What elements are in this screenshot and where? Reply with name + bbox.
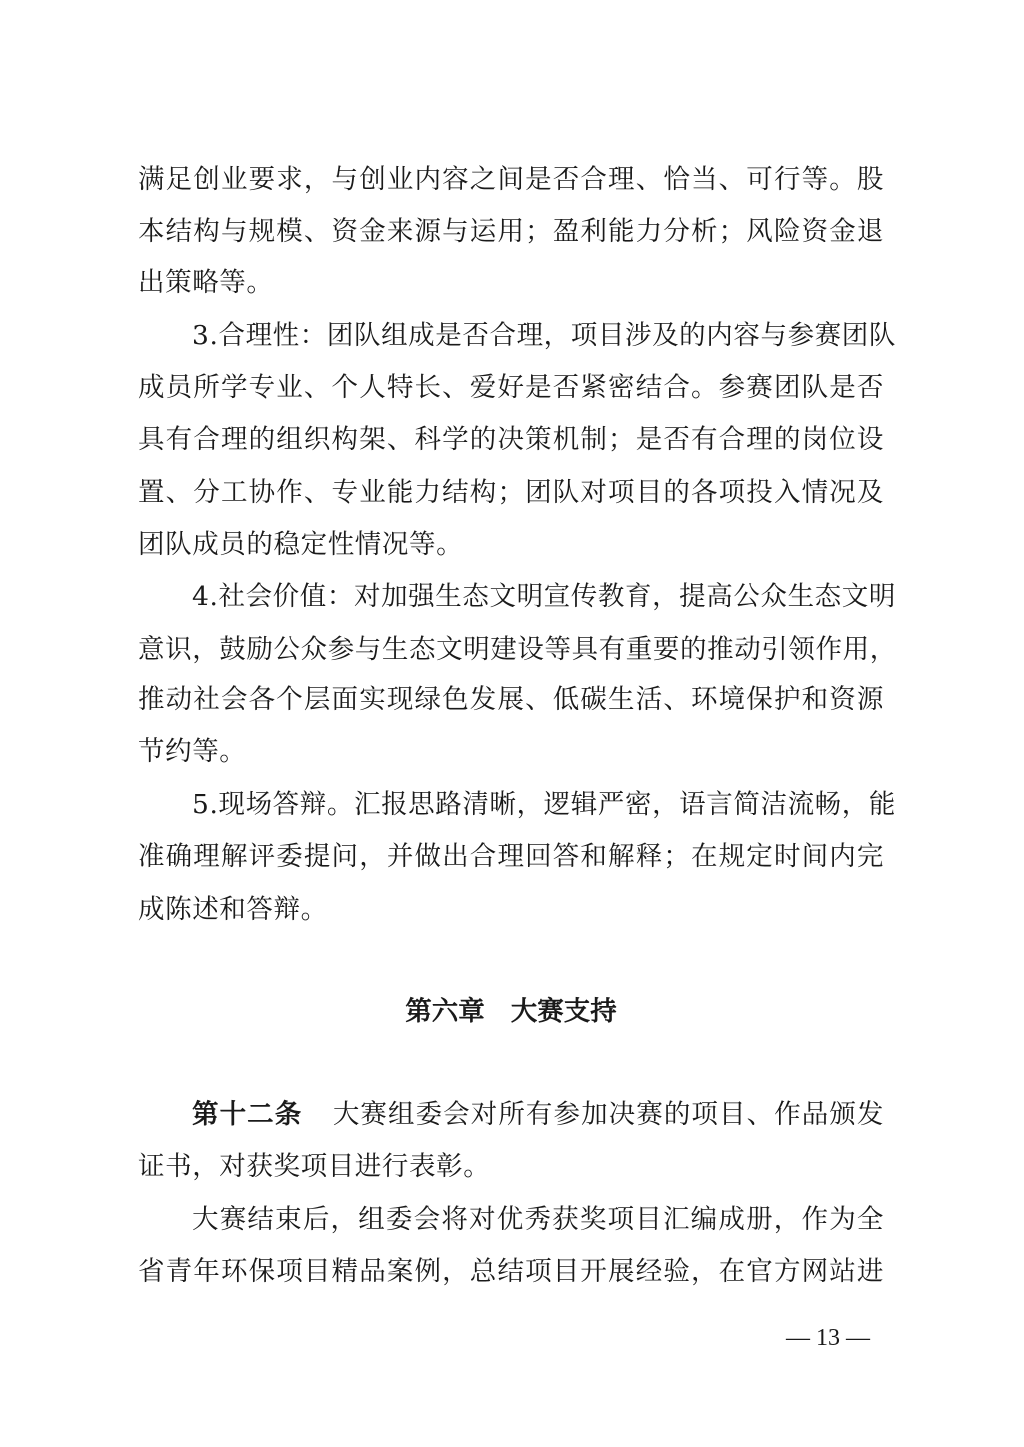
paragraph-line: 4.社会价值：对加强生态文明宣传教育，提高公众生态文明 xyxy=(138,577,884,617)
paragraph-line: 置、分工协作、专业能力结构；团队对项目的各项投入情况及 xyxy=(138,473,884,513)
paragraph-line: 成员所学专业、个人特长、爱好是否紧密结合。参赛团队是否 xyxy=(138,368,884,408)
paragraph-line: 5.现场答辩。汇报思路清晰，逻辑严密，语言简洁流畅，能 xyxy=(138,785,884,825)
article-line: 证书，对获奖项目进行表彰。 xyxy=(138,1147,884,1187)
paragraph-line: 大赛结束后，组委会将对优秀获奖项目汇编成册，作为全 xyxy=(138,1200,884,1240)
paragraph-line: 成陈述和答辩。 xyxy=(138,890,884,930)
paragraph-line: 满足创业要求，与创业内容之间是否合理、恰当、可行等。股 xyxy=(138,160,884,200)
paragraph-line: 具有合理的组织构架、科学的决策机制；是否有合理的岗位设 xyxy=(138,420,884,460)
chapter-heading: 第六章大赛支持 xyxy=(138,992,884,1032)
chapter-number: 第六章 xyxy=(405,996,485,1027)
article-line: 第十二条大赛组委会对所有参加决赛的项目、作品颁发 xyxy=(138,1095,884,1135)
paragraph-line: 节约等。 xyxy=(138,732,884,772)
article-text: 大赛组委会对所有参加决赛的项目、作品颁发 xyxy=(332,1099,884,1130)
paragraph-line: 本结构与规模、资金来源与运用；盈利能力分析；风险资金退 xyxy=(138,212,884,252)
paragraph-line: 省青年环保项目精品案例，总结项目开展经验，在官方网站进 xyxy=(138,1252,884,1292)
paragraph-line: 出策略等。 xyxy=(138,263,884,303)
paragraph-line: 推动社会各个层面实现绿色发展、低碳生活、环境保护和资源 xyxy=(138,680,884,720)
paragraph-line: 意识，鼓励公众参与生态文明建设等具有重要的推动引领作用， xyxy=(138,630,884,670)
paragraph-line: 准确理解评委提问，并做出合理回答和解释；在规定时间内完 xyxy=(138,837,884,877)
article-label: 第十二条 xyxy=(192,1099,302,1130)
chapter-title: 大赛支持 xyxy=(511,996,617,1027)
paragraph-line: 3.合理性：团队组成是否合理，项目涉及的内容与参赛团队 xyxy=(138,316,884,356)
page-number: — 13 — xyxy=(786,1320,870,1356)
paragraph-line: 团队成员的稳定性情况等。 xyxy=(138,525,884,565)
